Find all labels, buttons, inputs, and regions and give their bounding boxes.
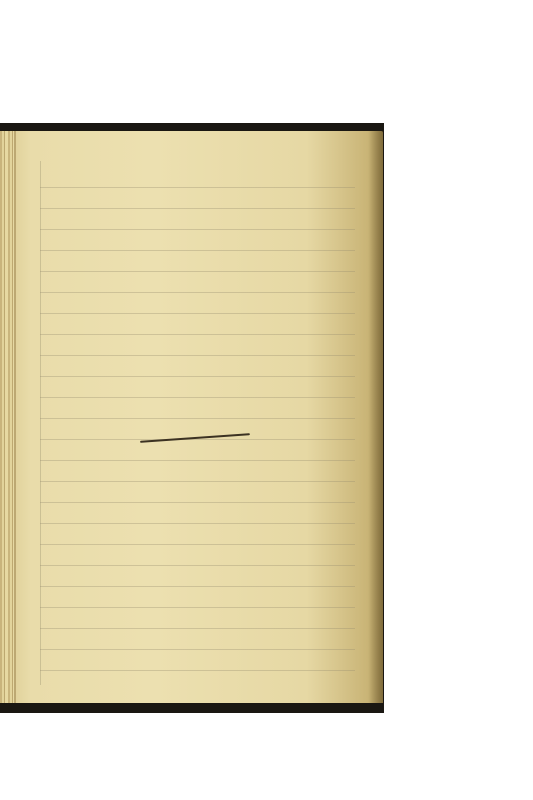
gutter-edge xyxy=(14,131,16,703)
page-gutter xyxy=(0,131,14,703)
ruled-lines xyxy=(40,167,355,685)
document-scan xyxy=(0,123,384,713)
margin-rule xyxy=(40,161,41,685)
ledger-page xyxy=(0,131,383,703)
